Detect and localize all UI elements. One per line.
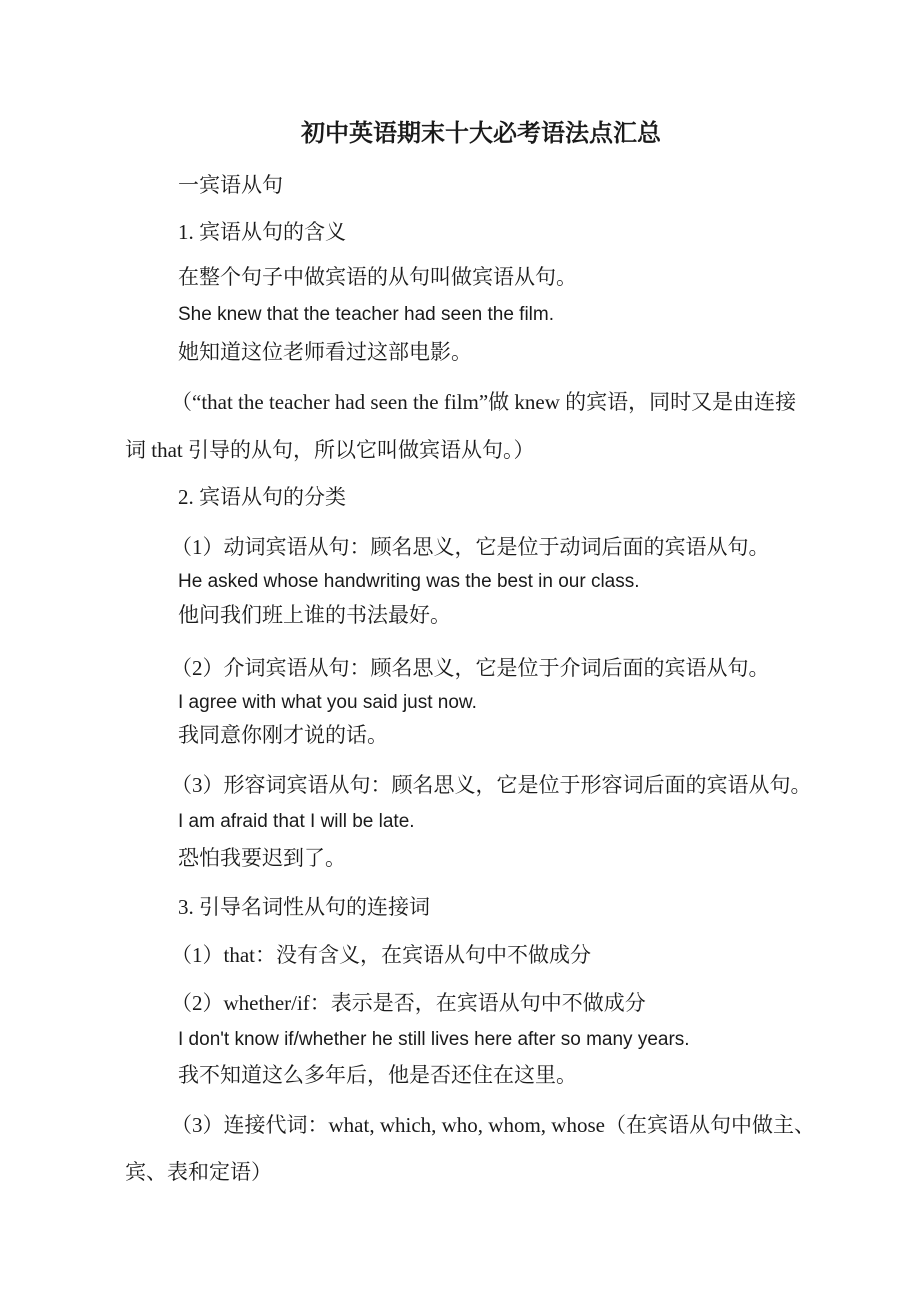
example-sentence-en: I don't know if/whether he still lives h… xyxy=(125,1027,795,1053)
example-sentence-en: He asked whose handwriting was the best … xyxy=(125,569,795,595)
clause-type-desc: （3）形容词宾语从句：顾名思义，它是位于形容词后面的宾语从句。 xyxy=(125,772,795,798)
point-3-connectives: 3. 引导名词性从句的连接词 （1）that：没有含义，在宾语从句中不做成分 （… xyxy=(125,894,795,1185)
clause-type-verb: （1）动词宾语从句：顾名思义，它是位于动词后面的宾语从句。 He asked w… xyxy=(125,534,795,628)
connective-whether-if: （2）whether/if：表示是否，在宾语从句中不做成分 I don't kn… xyxy=(125,990,795,1088)
connective-that-desc: （1）that：没有含义，在宾语从句中不做成分 xyxy=(125,942,795,968)
section-heading: 一宾语从句 xyxy=(125,172,795,198)
example-sentence-en: I am afraid that I will be late. xyxy=(125,809,795,835)
example-sentence-en: I agree with what you said just now. xyxy=(125,690,795,716)
example-sentence-en: She knew that the teacher had seen the f… xyxy=(125,302,795,328)
point-1-meaning: 1. 宾语从句的含义 在整个句子中做宾语的从句叫做宾语从句。 She knew … xyxy=(125,219,795,463)
connective-desc-line-2: 宾、表和定语） xyxy=(125,1159,795,1185)
connective-desc: （2）whether/if：表示是否，在宾语从句中不做成分 xyxy=(125,990,795,1016)
point-heading: 1. 宾语从句的含义 xyxy=(125,219,795,245)
clause-type-preposition: （2）介词宾语从句：顾名思义，它是位于介词后面的宾语从句。 I agree wi… xyxy=(125,655,795,748)
example-translation-zh: 她知道这位老师看过这部电影。 xyxy=(125,339,795,365)
point-heading: 3. 引导名词性从句的连接词 xyxy=(125,894,795,920)
example-translation-zh: 我同意你刚才说的话。 xyxy=(125,722,795,748)
grammar-note-line-1: （“that the teacher had seen the film”做 k… xyxy=(125,389,795,415)
document-title: 初中英语期末十大必考语法点汇总 xyxy=(125,118,795,151)
connective-pronouns: （3）连接代词：what, which, who, whom, whose（在宾… xyxy=(125,1112,795,1185)
clause-type-desc: （2）介词宾语从句：顾名思义，它是位于介词后面的宾语从句。 xyxy=(125,655,795,681)
section-object-clause: 一宾语从句 1. 宾语从句的含义 在整个句子中做宾语的从句叫做宾语从句。 She… xyxy=(125,172,795,1185)
example-translation-zh: 我不知道这么多年后，他是否还住在这里。 xyxy=(125,1062,795,1088)
point-2-classification: 2. 宾语从句的分类 （1）动词宾语从句：顾名思义，它是位于动词后面的宾语从句。… xyxy=(125,484,795,871)
example-translation-zh: 恐怕我要迟到了。 xyxy=(125,845,795,871)
clause-type-adjective: （3）形容词宾语从句：顾名思义，它是位于形容词后面的宾语从句。 I am afr… xyxy=(125,772,795,871)
definition-line: 在整个句子中做宾语的从句叫做宾语从句。 xyxy=(125,264,795,290)
point-heading: 2. 宾语从句的分类 xyxy=(125,484,795,510)
grammar-note-line-2: 词 that 引导的从句，所以它叫做宾语从句。） xyxy=(125,437,795,463)
example-translation-zh: 他问我们班上谁的书法最好。 xyxy=(125,602,795,628)
clause-type-desc: （1）动词宾语从句：顾名思义，它是位于动词后面的宾语从句。 xyxy=(125,534,795,560)
document-page: 初中英语期末十大必考语法点汇总 一宾语从句 1. 宾语从句的含义 在整个句子中做… xyxy=(0,0,920,1302)
connective-desc-line-1: （3）连接代词：what, which, who, whom, whose（在宾… xyxy=(125,1112,795,1138)
